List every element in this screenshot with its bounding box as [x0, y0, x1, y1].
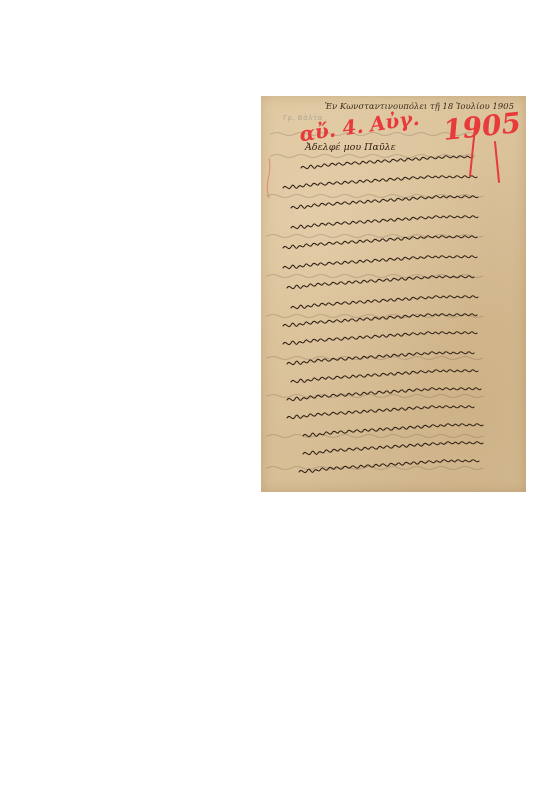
page-canvas: Γρ. Βάλτα Ἐν Κωνσταντινουπόλει τῇ 18 Ἰου…: [0, 0, 549, 800]
handwriting-strokes: [261, 96, 526, 492]
scanned-letter: Γρ. Βάλτα Ἐν Κωνσταντινουπόλει τῇ 18 Ἰου…: [261, 96, 526, 492]
letter-salutation: Ἀδελφέ μου Παῦλε: [305, 142, 396, 153]
